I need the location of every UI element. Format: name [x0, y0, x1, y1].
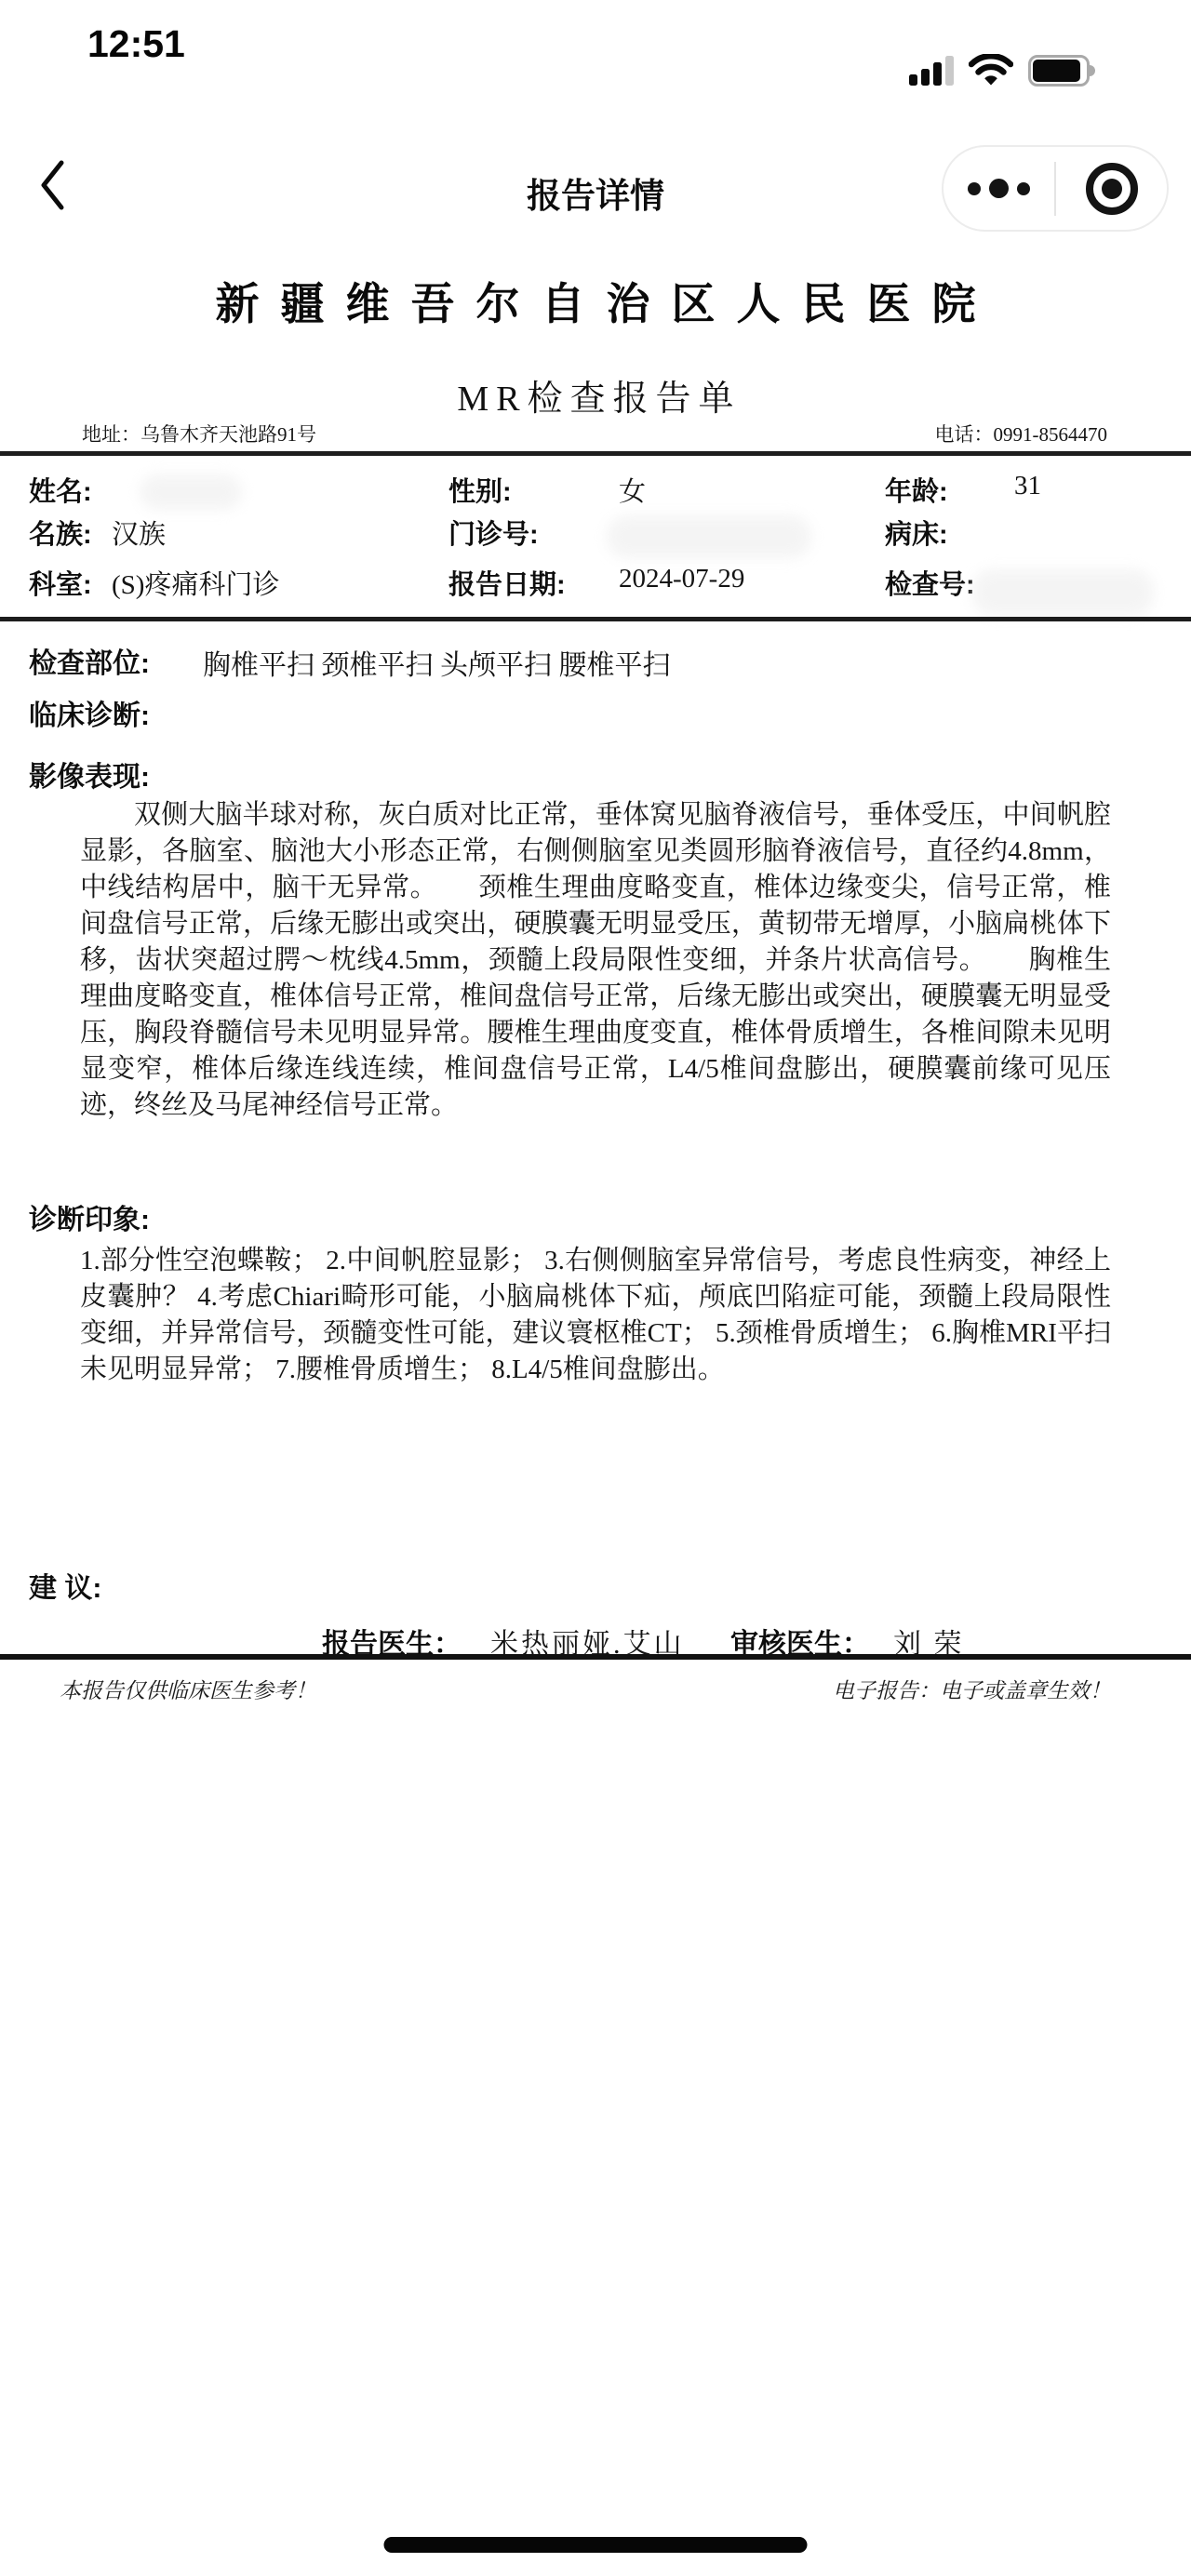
battery-icon — [1028, 54, 1101, 87]
hospital-name: 新疆维吾尔自治区人民医院 — [0, 270, 1191, 332]
clinical-diagnosis-label: 临床诊断: — [29, 692, 150, 733]
ethnicity-label: 名族: — [29, 514, 92, 552]
report-type-title: MR检查报告单 — [0, 369, 1191, 420]
gender-label: 性别: — [448, 471, 512, 509]
impression-paragraph: 1.部分性空泡蝶鞍； 2.中间帆腔显影； 3.右侧侧脑室异常信号，考虑良性病变，… — [80, 1243, 1111, 1388]
advice-label: 建 议: — [29, 1565, 101, 1606]
ethnicity-value: 汉族 — [112, 514, 166, 552]
findings-paragraph: 双侧大脑半球对称，灰白质对比正常，垂体窝见脑脊液信号，垂体受压，中间帆腔显影，各… — [80, 797, 1111, 1124]
name-label: 姓名: — [29, 471, 92, 509]
address-row: 地址：乌鲁木齐天池路91号 电话：0991-8564470 — [82, 420, 1107, 447]
miniprogram-capsule — [942, 145, 1169, 232]
footer-right-note: 电子报告：电子或盖章生效！ — [833, 1674, 1111, 1704]
footer-notes: 本报告仅供临床医生参考！ 电子报告：电子或盖章生效！ — [60, 1674, 1111, 1704]
signature-row: 报告医生： 米热丽娅.艾山 审核医生： 刘 荣 — [0, 1621, 1191, 1658]
status-icons — [909, 43, 1101, 87]
target-close-icon — [1086, 163, 1138, 215]
footer-left-note: 本报告仅供临床医生参考！ — [60, 1674, 316, 1704]
department-value: (S)疼痛科门诊 — [112, 564, 279, 602]
exit-button[interactable] — [1056, 147, 1167, 230]
name-redaction — [140, 474, 242, 510]
divider-bottom — [0, 1654, 1191, 1660]
gender-value: 女 — [619, 471, 646, 509]
cellular-signal-icon — [909, 56, 954, 87]
home-indicator[interactable] — [384, 2537, 808, 2553]
report-date-value: 2024-07-29 — [619, 564, 744, 594]
findings-label: 影像表现: — [29, 754, 150, 794]
divider-middle — [0, 617, 1191, 621]
exam-part-value: 胸椎平扫 颈椎平扫 头颅平扫 腰椎平扫 — [203, 642, 671, 683]
hospital-phone: 电话：0991-8564470 — [935, 420, 1108, 447]
age-value: 31 — [1014, 471, 1041, 501]
patient-row-2: 名族: 汉族 门诊号: 病床: — [0, 514, 1191, 554]
department-label: 科室: — [29, 564, 92, 602]
outpatient-no-redaction — [607, 515, 811, 558]
bed-label: 病床: — [885, 514, 948, 552]
ellipsis-icon — [968, 179, 1030, 198]
exam-no-redaction — [972, 569, 1154, 616]
impression-label: 诊断印象: — [29, 1196, 150, 1237]
divider-top — [0, 451, 1191, 456]
status-time: 12:51 — [87, 22, 185, 66]
exam-part-label: 检查部位: — [29, 640, 150, 681]
exam-no-label: 检查号: — [885, 564, 975, 602]
outpatient-no-label: 门诊号: — [448, 514, 539, 552]
hospital-address: 地址：乌鲁木齐天池路91号 — [82, 420, 316, 447]
more-button[interactable] — [943, 147, 1054, 230]
wifi-icon — [969, 54, 1013, 87]
report-date-label: 报告日期: — [448, 564, 566, 602]
age-label: 年龄: — [885, 471, 948, 509]
